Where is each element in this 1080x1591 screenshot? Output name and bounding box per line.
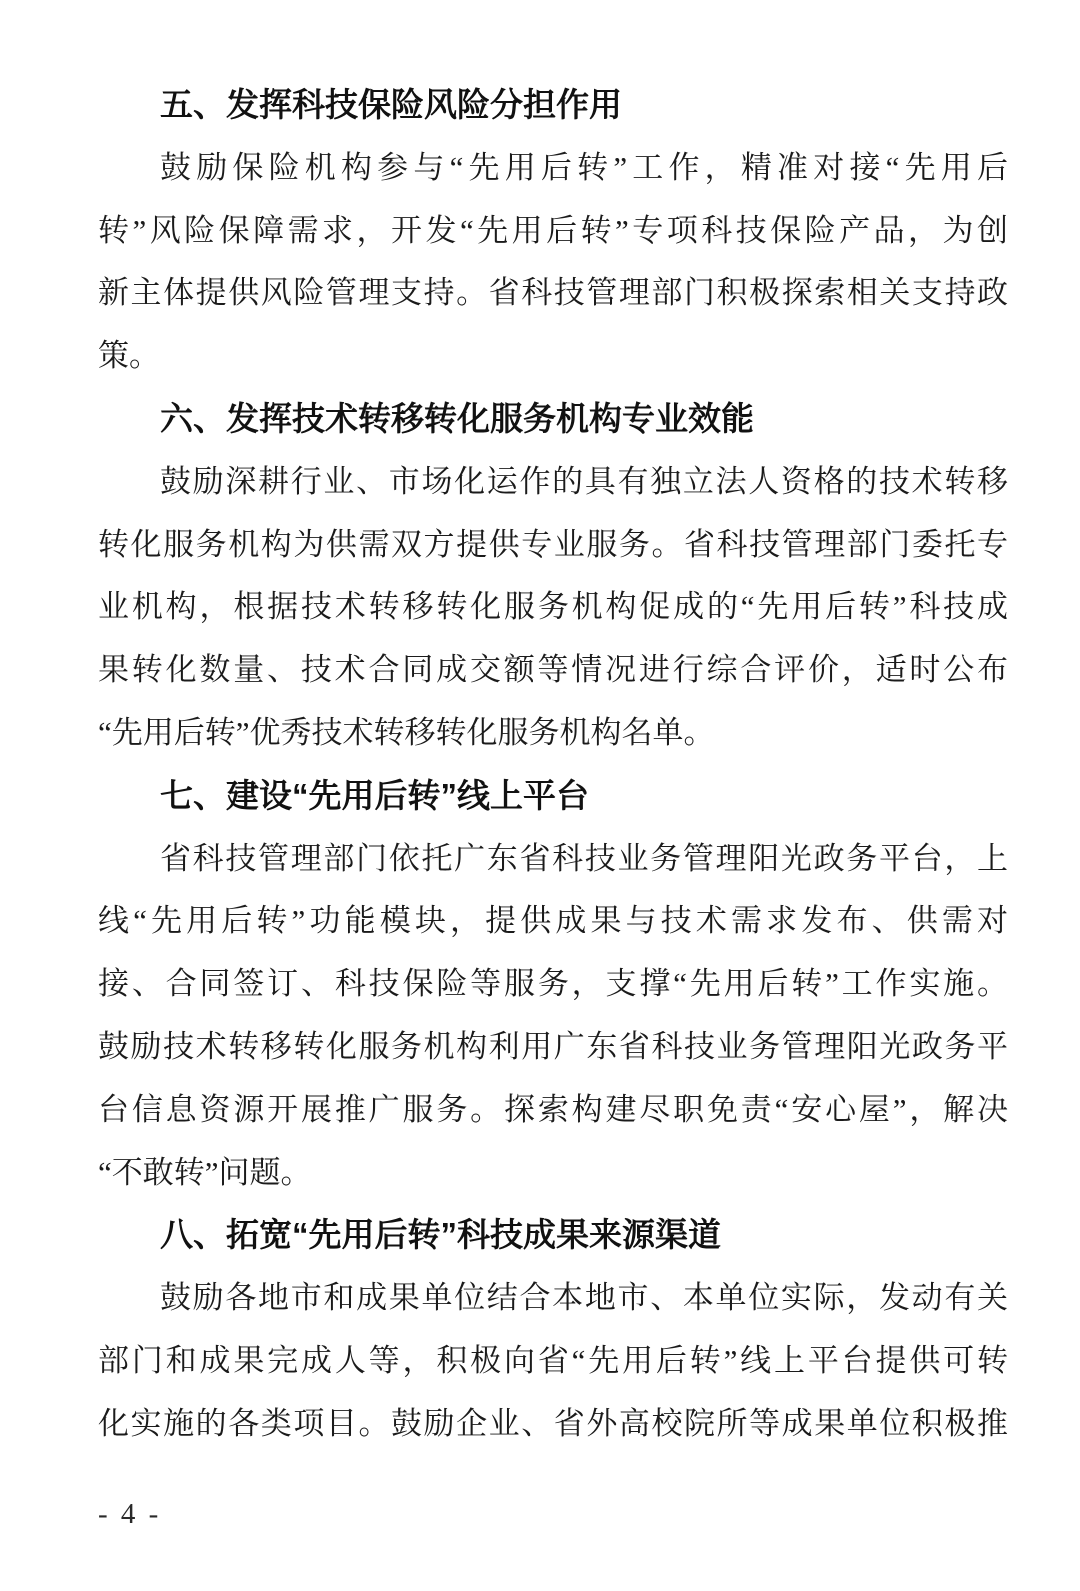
paragraph-line: 转”风险保障需求，开发“先用后转”专项科技保险产品，为创	[98, 200, 1008, 263]
paragraph-line: 业机构，根据技术转移转化服务机构促成的“先用后转”科技成	[98, 576, 1008, 639]
paragraph-line: “不敢转”问题。	[98, 1142, 1008, 1205]
paragraph-line: 鼓励各地市和成果单位结合本地市、本单位实际，发动有关	[98, 1267, 1008, 1330]
paragraph-line: 线“先用后转”功能模块，提供成果与技术需求发布、供需对	[98, 890, 1008, 953]
document-body: 五、发挥科技保险风险分担作用 鼓励保险机构参与“先用后转”工作，精准对接“先用后…	[98, 74, 1008, 1456]
paragraph-line: 鼓励技术转移转化服务机构利用广东省科技业务管理阳光政务平	[98, 1016, 1008, 1079]
paragraph-line: 策。	[98, 325, 1008, 388]
paragraph-line: 省科技管理部门依托广东省科技业务管理阳光政务平台，上	[98, 828, 1008, 891]
section-heading-5: 五、发挥科技保险风险分担作用	[98, 74, 1008, 137]
paragraph-line: 部门和成果完成人等，积极向省“先用后转”线上平台提供可转	[98, 1330, 1008, 1393]
section-heading-7: 七、建设“先用后转”线上平台	[98, 765, 1008, 828]
paragraph-line: 果转化数量、技术合同成交额等情况进行综合评价，适时公布	[98, 639, 1008, 702]
page-number: - 4 -	[98, 1498, 161, 1531]
section-heading-8: 八、拓宽“先用后转”科技成果来源渠道	[98, 1204, 1008, 1267]
paragraph-line: 化实施的各类项目。鼓励企业、省外高校院所等成果单位积极推	[98, 1393, 1008, 1456]
document-page: 五、发挥科技保险风险分担作用 鼓励保险机构参与“先用后转”工作，精准对接“先用后…	[0, 0, 1080, 1591]
paragraph-line: 接、合同签订、科技保险等服务，支撑“先用后转”工作实施。	[98, 953, 1008, 1016]
paragraph-line: 新主体提供风险管理支持。省科技管理部门积极探索相关支持政	[98, 262, 1008, 325]
paragraph-line: 鼓励保险机构参与“先用后转”工作，精准对接“先用后	[98, 137, 1008, 200]
paragraph-line: 转化服务机构为供需双方提供专业服务。省科技管理部门委托专	[98, 514, 1008, 577]
paragraph-line: 鼓励深耕行业、市场化运作的具有独立法人资格的技术转移	[98, 451, 1008, 514]
paragraph-line: 台信息资源开展推广服务。探索构建尽职免责“安心屋”，解决	[98, 1079, 1008, 1142]
section-heading-6: 六、发挥技术转移转化服务机构专业效能	[98, 388, 1008, 451]
paragraph-line: “先用后转”优秀技术转移转化服务机构名单。	[98, 702, 1008, 765]
